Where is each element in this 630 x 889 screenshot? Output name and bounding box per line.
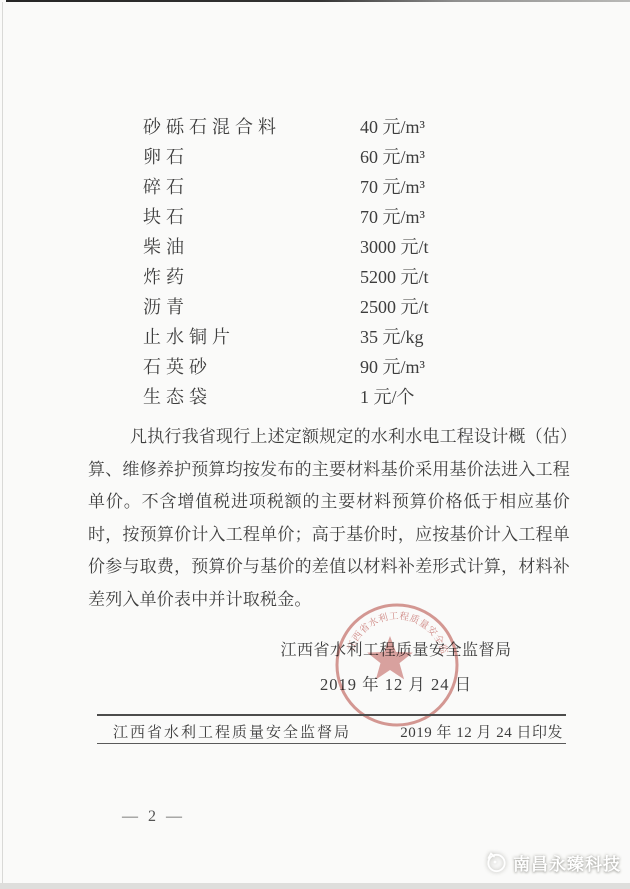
material-price: 90 元/m³ [360, 352, 425, 382]
material-row: 生态袋 1 元/个 [143, 382, 503, 412]
signature-block: 江西省水利工程质量安全监督局 2019 年 12 月 24 日 [268, 637, 524, 695]
paragraph-line: 凡执行我省现行上述定额规定的水利水电工程设计概（估） [88, 421, 570, 454]
material-price: 70 元/m³ [360, 172, 425, 202]
price-unit: 元/m³ [383, 207, 425, 227]
material-price: 60 元/m³ [360, 142, 425, 172]
material-name: 沥青 [143, 292, 360, 322]
vendor-logo-icon [483, 849, 509, 875]
price-value: 3000 [360, 237, 396, 257]
footer-bottom-rule [97, 743, 566, 744]
price-value: 40 [360, 117, 378, 137]
footer-print-date: 2019 年 12 月 24 日印发 [400, 721, 566, 742]
material-row: 块石 70 元/m³ [143, 202, 503, 232]
price-value: 70 [360, 177, 378, 197]
price-unit: 元/m³ [383, 177, 425, 197]
material-row: 沥青 2500 元/t [143, 292, 503, 322]
material-price: 70 元/m³ [360, 202, 425, 232]
material-name: 柴油 [143, 232, 360, 262]
scan-top-edge-line [6, 0, 630, 2]
price-value: 5200 [360, 267, 396, 287]
price-unit: 元/t [401, 297, 429, 317]
material-price: 3000 元/t [360, 232, 429, 262]
footer-row: 江西省水利工程质量安全监督局 2019 年 12 月 24 日印发 [97, 719, 566, 743]
footer-top-rule [97, 714, 566, 716]
signature-agency: 江西省水利工程质量安全监督局 [268, 637, 524, 660]
paragraph-line: 单价。不含增值税进项税额的主要材料预算价格低于相应基价 [88, 486, 570, 519]
material-row: 卵石 60 元/m³ [143, 142, 503, 172]
price-unit: 元/t [401, 237, 429, 257]
price-unit: 元/m³ [383, 117, 425, 137]
material-name: 碎石 [143, 172, 360, 202]
vendor-watermark-text: 南昌永臻科技 [513, 850, 621, 875]
price-unit: 元/m³ [383, 147, 425, 167]
price-value: 35 [360, 327, 378, 347]
paragraph-line: 价参与取费，预算价与基价的差值以材料补差形式计算，材料补 [88, 551, 570, 584]
signature-date: 2019 年 12 月 24 日 [268, 671, 524, 695]
price-value: 70 [360, 207, 378, 227]
price-value: 60 [360, 147, 378, 167]
material-row: 柴油 3000 元/t [143, 232, 503, 262]
price-unit: 元/t [401, 267, 429, 287]
material-price: 40 元/m³ [360, 112, 425, 142]
material-name: 止水铜片 [143, 322, 360, 352]
vendor-watermark: 南昌永臻科技 [483, 849, 621, 875]
paragraph-line: 算、维修养护预算均按发布的主要材料基价采用基价法进入工程 [88, 454, 570, 487]
material-name: 生态袋 [143, 382, 360, 412]
material-price: 1 元/个 [360, 382, 415, 412]
scanned-document-page: 砂砾石混合料 40 元/m³ 卵石 60 元/m³ 碎石 70 元/m³ 块石 … [0, 0, 630, 889]
material-name: 卵石 [143, 142, 360, 172]
price-value: 1 [360, 387, 369, 407]
material-price-list: 砂砾石混合料 40 元/m³ 卵石 60 元/m³ 碎石 70 元/m³ 块石 … [143, 112, 503, 412]
scan-bottom-edge-strip [0, 883, 630, 889]
body-paragraph: 凡执行我省现行上述定额规定的水利水电工程设计概（估） 算、维修养护预算均按发布的… [88, 421, 570, 616]
material-name: 砂砾石混合料 [143, 112, 360, 142]
paragraph-line: 差列入单价表中并计取税金。 [88, 584, 570, 617]
price-unit: 元/m³ [383, 357, 425, 377]
material-name: 块石 [143, 202, 360, 232]
material-price: 5200 元/t [360, 262, 429, 292]
material-name: 石英砂 [143, 352, 360, 382]
material-row: 碎石 70 元/m³ [143, 172, 503, 202]
price-value: 90 [360, 357, 378, 377]
material-row: 止水铜片 35 元/kg [143, 322, 503, 352]
material-name: 炸药 [143, 262, 360, 292]
material-row: 炸药 5200 元/t [143, 262, 503, 292]
page-number: — 2 — [122, 808, 185, 826]
material-row: 石英砂 90 元/m³ [143, 352, 503, 382]
scan-left-edge-line [2, 2, 3, 889]
material-row: 砂砾石混合料 40 元/m³ [143, 112, 503, 142]
price-unit: 元/kg [383, 327, 424, 347]
material-price: 2500 元/t [360, 292, 429, 322]
price-value: 2500 [360, 297, 396, 317]
price-unit: 元/个 [374, 387, 415, 407]
paragraph-line: 时，按预算价计入工程单价；高于基价时，应按基价计入工程单 [88, 519, 570, 552]
footer-issuer: 江西省水利工程质量安全监督局 [97, 721, 351, 742]
material-price: 35 元/kg [360, 322, 424, 352]
